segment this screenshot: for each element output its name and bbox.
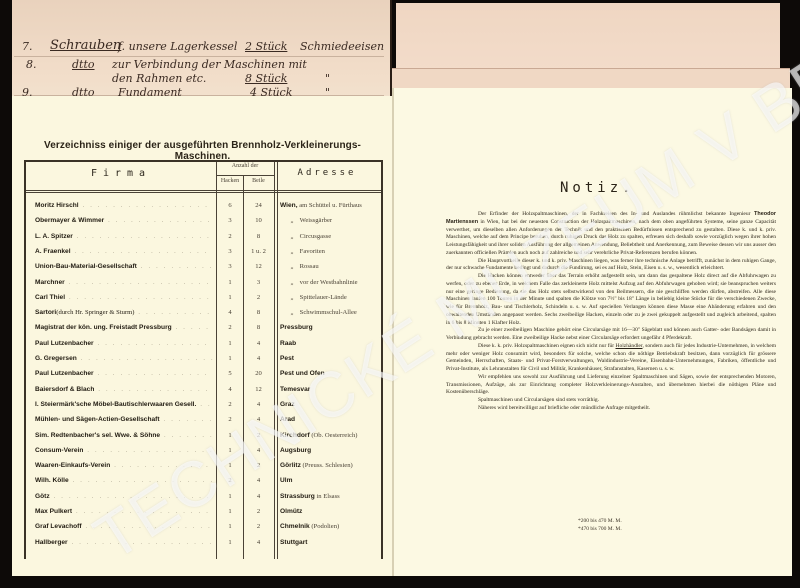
folded-sheet-back [396,3,780,73]
hacken-count: 2 [217,324,243,331]
dot-leader: . . . . . . . . . . . . . . . . . . . . … [137,263,213,270]
hacken-count: 3 [217,248,243,255]
firma-cell: Magistrat der kön. ung. Freistadt Pressb… [35,324,213,331]
underlined-term: Holzhändler [616,343,643,349]
hacken-count: 1 [217,447,243,454]
ledger-note: " [325,72,330,85]
firma-cell: Hallberger . . . . . . . . . . . . . . .… [35,539,213,546]
address-city: Graz [280,401,295,408]
paragraph-text: Diese k. k. priv. Holzspaltmaschinen eig… [478,343,616,349]
address-city: Raab [280,340,296,347]
table-row: Obermayer & Wimmer . . . . . . . . . . .… [26,217,381,230]
dot-leader: . . . . . . . . . . . . . . . . . . . . … [160,416,213,423]
beile-count: 4 [244,340,273,347]
address-detail: (Ob. Oesterreich) [311,432,357,439]
firma-name: Obermayer & Wimmer [35,217,104,224]
address-cell: Pest [280,355,380,362]
hacken-count: 5 [217,370,243,377]
ledger-qty: 2 Stück [245,40,287,53]
address-cell: „ Schwimmschul-Allee [280,309,380,316]
dot-leader: . . . . . . . . . . . . . . . . . . . . … [69,477,213,484]
hacken-count: 2 [217,401,243,408]
address-cell: Chmelnik (Podolien) [280,523,380,530]
ledger-desc: den Rahmen etc. [112,72,206,85]
ledger-desc: zur Verbindung der Maschinen mit [112,58,307,71]
header-adresse: Adresse [275,168,379,178]
beile-count: 2 [244,508,273,515]
address-cell: „ Favoriten [280,248,380,255]
ledger-qty: 8 Stück [245,72,287,85]
address-cell: Görlitz (Preuss. Schlesien) [280,462,380,469]
address-cell: „ Rossau [280,263,380,270]
ditto-mark: „ [286,294,298,301]
notiz-title: Notiz. [560,180,635,196]
firma-cell: Mühlen- und Sägen-Actien-Gesellschaft . … [35,416,213,423]
notiz-paragraph: Wir empfehlen uns sowohl zur Ausführung … [446,374,776,397]
firma-name: Sim. Redtenbacher's sel. Wwe. & Söhne [35,432,160,439]
firma-name: Waaren-Einkaufs-Verein [35,462,110,469]
address-city: Strassburg [280,493,315,500]
firma-name: Paul Lutzenbacher [35,370,94,377]
address-cell: Stuttgart [280,539,380,546]
table-row: A. Fraenkel . . . . . . . . . . . . . . … [26,248,381,261]
address-city: Augsburg [280,447,311,454]
address-cell: Strassburg in Elsass [280,493,380,500]
firma-cell: Graf Levachoff . . . . . . . . . . . . .… [35,523,213,530]
address-city: Wien, [280,202,298,209]
firma-cell: A. Fraenkel . . . . . . . . . . . . . . … [35,248,213,255]
address-detail: Schwimmschul-Allee [300,309,357,316]
dot-leader: . . . . . . . . . . . . . . . . . . . . … [160,432,213,439]
address-detail: in Elsass [316,493,339,500]
hacken-count: 1 [217,340,243,347]
notiz-paragraph: Die Hacken können entweder über das Terr… [446,273,776,327]
anzahl-divider [216,175,274,176]
hacken-count: 2 [217,477,243,484]
address-city: Pest [280,355,294,362]
table-row: Union-Bau-Material-Gesellschaft . . . . … [26,263,381,276]
hacken-count: 3 [217,263,243,270]
dot-leader: . . . . . . . . . . . . . . . . . . . . … [94,386,213,393]
beile-count: 2 [244,462,273,469]
address-cell: Arad [280,416,380,423]
address-city: Pest und Ofen [280,370,325,377]
ledger-desc: f. unsere Lagerkessel [118,40,237,53]
ditto-mark: „ [286,309,298,316]
hacken-count: 1 [217,523,243,530]
firma-cell: Götz . . . . . . . . . . . . . . . . . .… [35,493,213,500]
beile-count: 2 [244,523,273,530]
paragraph-text: Spaltmaschinen und Circularsägen sind st… [478,397,599,403]
dot-leader: . . . . . . . . . . . . . . . . . . . . … [94,340,213,347]
beile-count: 24 [244,202,273,209]
paragraph-text: Die Hacken können entweder über das Terr… [446,273,776,326]
table-row: Moritz Hirschl . . . . . . . . . . . . .… [26,202,381,215]
address-cell: Wien, am Schüttel u. Fürthaus [280,202,380,209]
address-detail: Spittelauer-Lände [300,294,347,301]
table-row: Wilh. Kölle . . . . . . . . . . . . . . … [26,477,381,490]
firma-name: Carl Thiel [35,294,65,301]
dot-leader: . . . . . . . . . . . . . . . . . . . . … [83,447,213,454]
notiz-paragraph: Diese k. k. priv. Holzspaltmaschinen eig… [446,343,776,374]
dot-leader: . . . . . . . . . . . . . . . . . . . . … [94,370,213,377]
firma-name: Marchner [35,279,65,286]
firma-name: Götz [35,493,50,500]
ledger-line-no: 8. [26,58,37,71]
dot-leader: . . . . . . . . . . . . . . . . . . . . … [77,355,213,362]
address-cell: Augsburg [280,447,380,454]
ditto-mark: „ [286,279,298,286]
hacken-count: 1 [217,539,243,546]
address-cell: Olmütz [280,508,380,515]
firma-cell: Sim. Redtenbacher's sel. Wwe. & Söhne . … [35,432,213,439]
table-row: Paul Lutzenbacher . . . . . . . . . . . … [26,370,381,383]
firma-cell: Max Pulkert . . . . . . . . . . . . . . … [35,508,213,515]
table-row: Sim. Redtenbacher's sel. Wwe. & Söhne . … [26,432,381,445]
address-city: Kirchdorf [280,432,310,439]
table-row: L. A. Spitzer . . . . . . . . . . . . . … [26,233,381,246]
header-firma: Firma [26,168,216,179]
address-detail: Circusgasse [300,233,332,240]
page-fold [392,88,394,576]
dot-leader: . . . . . . . . . . . . . . . . . . . . … [79,202,213,209]
notiz-paragraph: Spaltmaschinen und Circularsägen sind st… [446,397,776,405]
notiz-paragraph: Näheres wird bereitwilligst auf brieflic… [446,405,776,413]
table-row: Waaren-Einkaufs-Verein . . . . . . . . .… [26,462,381,475]
firma-cell: Union-Bau-Material-Gesellschaft . . . . … [35,263,213,270]
notiz-body: Der Erfinder der Holzspaltmaschinen, der… [446,211,776,413]
hacken-count: 1 [217,355,243,362]
firma-cell: L. A. Spitzer . . . . . . . . . . . . . … [35,233,213,240]
dot-leader: . . . . . . . . . . . . . . . . . . . . … [71,248,213,255]
ledger-rule [14,56,384,57]
address-city: Olmütz [280,508,302,515]
firma-cell: Marchner . . . . . . . . . . . . . . . .… [35,279,213,286]
beile-count: 12 [244,386,273,393]
ledger-item: Schrauben [50,38,121,53]
address-cell: Raab [280,340,380,347]
beile-count: 4 [244,355,273,362]
firma-cell: Consum-Verein . . . . . . . . . . . . . … [35,447,213,454]
dot-leader: . . . . . . . . . . . . . . . . . . . . … [134,309,213,316]
table-row: Graf Levachoff . . . . . . . . . . . . .… [26,523,381,536]
table-row: Sartori(durch Hr. Springer & Sturm) . . … [26,309,381,322]
address-city: Görlitz [280,462,301,469]
machine-list-table: Firma Anzahl der Hacken Beile Adresse Mo… [24,160,383,559]
dot-leader: . . . . . . . . . . . . . . . . . . . . … [82,523,213,530]
dot-leader: . . . . . . . . . . . . . . . . . . . . … [73,233,213,240]
firma-cell: Baiersdorf & Blach . . . . . . . . . . .… [35,386,213,393]
dot-leader: . . . . . . . . . . . . . . . . . . . . … [68,539,213,546]
table-row: Consum-Verein . . . . . . . . . . . . . … [26,447,381,460]
table-row: Marchner . . . . . . . . . . . . . . . .… [26,279,381,292]
address-detail: Rossau [300,263,319,270]
beile-count: 4 [244,539,273,546]
ledger-note: Schmiedeeisen [300,40,384,53]
beile-count: 8 [244,324,273,331]
table-row: Mühlen- und Sägen-Actien-Gesellschaft . … [26,416,381,429]
paragraph-text: in Wien, hat bei der neuesten Constructi… [446,219,776,256]
beile-count: 20 [244,370,273,377]
beile-count: 4 [244,447,273,454]
address-cell: „ Spittelauer-Lände [280,294,380,301]
dot-leader: . . . . . . . . . . . . . . . . . . . . … [104,217,213,224]
hacken-count: 1 [217,294,243,301]
hacken-count: 4 [217,386,243,393]
table-row: Hallberger . . . . . . . . . . . . . . .… [26,539,381,552]
beile-count: 2 [244,432,273,439]
hacken-count: 1 [217,432,243,439]
hacken-count: 1 [217,508,243,515]
dot-leader: . . . . . . . . . . . . . . . . . . . . … [65,279,213,286]
ditto-mark: „ [286,248,298,255]
firma-cell: Sartori(durch Hr. Springer & Sturm) . . … [35,309,213,316]
address-city: Stuttgart [280,539,307,546]
paragraph-text: Die Hauptvortheile dieser k. und k. priv… [446,258,776,272]
address-detail: Favoriten [300,248,325,255]
address-detail: (Preuss. Schlesien) [303,462,353,469]
footnote: *470 bis 700 M. M. [578,526,698,532]
beile-count: 8 [244,233,273,240]
header-hacken: Hacken [217,178,243,184]
firma-name: I. Steiermärk'sche Möbel-Bautischlerwaar… [35,401,196,408]
firma-name: A. Fraenkel [35,248,71,255]
footnote: *200 bis 470 M. M. [578,518,698,524]
header-divider [26,190,381,191]
header-divider [26,192,381,193]
hacken-count: 4 [217,309,243,316]
address-cell: Pressburg [280,324,380,331]
address-cell: „ Weissgärber [280,217,380,224]
beile-count: 2 [244,294,273,301]
dot-leader: . . . . . . . . . . . . . . . . . . . . … [172,324,213,331]
address-city: Pressburg [280,324,313,331]
address-cell: Kirchdorf (Ob. Oesterreich) [280,432,380,439]
address-cell: Ulm [280,477,380,484]
beile-count: 1 u. 2 [244,248,273,255]
paragraph-text: Zu je einer zweibeiligen Maschine gehört… [446,327,776,341]
firma-cell: Obermayer & Wimmer . . . . . . . . . . .… [35,217,213,224]
firma-name: Max Pulkert [35,508,72,515]
paragraph-text: Wir empfehlen uns sowohl zur Ausführung … [446,374,776,396]
firma-name: Baiersdorf & Blach [35,386,94,393]
firma-cell: Carl Thiel . . . . . . . . . . . . . . .… [35,294,213,301]
address-cell: „ vor der Westbahnlinie [280,279,380,286]
firma-name: Magistrat der kön. ung. Freistadt Pressb… [35,324,172,331]
address-cell: Graz [280,401,380,408]
firma-name: L. A. Spitzer [35,233,73,240]
beile-count: 4 [244,416,273,423]
firma-name: Paul Lutzenbacher [35,340,94,347]
address-detail: (Podolien) [311,523,339,530]
dot-leader: . . . . . . . . . . . . . . . . . . . . … [65,294,213,301]
dot-leader: . . . . . . . . . . . . . . . . . . . . … [50,493,213,500]
address-detail: vor der Westbahnlinie [300,279,358,286]
address-city: Chmelnik [280,523,310,530]
table-row: Götz . . . . . . . . . . . . . . . . . .… [26,493,381,506]
dot-leader: . . . . . . . . . . . . . . . . . . . . … [110,462,213,469]
firma-cell: Moritz Hirschl . . . . . . . . . . . . .… [35,202,213,209]
table-row: Max Pulkert . . . . . . . . . . . . . . … [26,508,381,521]
hacken-count: 1 [217,493,243,500]
table-row: G. Gregersen . . . . . . . . . . . . . .… [26,355,381,368]
dot-leader: . . . . . . . . . . . . . . . . . . . . … [196,401,213,408]
address-city: Ulm [280,477,292,484]
firma-name: Moritz Hirschl [35,202,79,209]
hacken-count: 6 [217,202,243,209]
hacken-count: 1 [217,462,243,469]
ditto-mark: „ [286,233,298,240]
ledger-item: dtto [72,58,95,71]
firma-cell: I. Steiermärk'sche Möbel-Bautischlerwaar… [35,401,213,408]
notiz-paragraph: Die Hauptvortheile dieser k. und k. priv… [446,258,776,274]
table-row: Carl Thiel . . . . . . . . . . . . . . .… [26,294,381,307]
address-detail: Weissgärber [300,217,332,224]
ditto-mark: „ [286,263,298,270]
hacken-count: 2 [217,233,243,240]
table-row: Paul Lutzenbacher . . . . . . . . . . . … [26,340,381,353]
hacken-count: 2 [217,416,243,423]
address-cell: Pest und Ofen [280,370,380,377]
firma-name: Hallberger [35,539,68,546]
firma-cell: Paul Lutzenbacher . . . . . . . . . . . … [35,340,213,347]
firma-name: Wilh. Kölle [35,477,69,484]
table-row: Baiersdorf & Blach . . . . . . . . . . .… [26,386,381,399]
hacken-count: 1 [217,279,243,286]
beile-count: 12 [244,263,273,270]
address-city: Arad [280,416,295,423]
firma-cell: Wilh. Kölle . . . . . . . . . . . . . . … [35,477,213,484]
ditto-mark: „ [286,217,298,224]
header-beile: Beile [244,178,273,184]
beile-count: 8 [244,309,273,316]
handwritten-ledger-sheet [12,0,392,110]
dot-leader: . . . . . . . . . . . . . . . . . . . . … [72,508,213,515]
firma-cell: Waaren-Einkaufs-Verein . . . . . . . . .… [35,462,213,469]
table-row: Magistrat der kön. ung. Freistadt Pressb… [26,324,381,337]
header-anzahl: Anzahl der [217,163,273,169]
firma-name: Graf Levachoff [35,523,82,530]
firma-name: G. Gregersen [35,355,77,362]
notiz-paragraph: Zu je einer zweibeiligen Maschine gehört… [446,327,776,343]
paragraph-text: Näheres wird bereitwilligst auf brieflic… [478,405,650,411]
notiz-paragraph: Der Erfinder der Holzspaltmaschinen, der… [446,211,776,258]
beile-count: 10 [244,217,273,224]
firma-cell: Paul Lutzenbacher . . . . . . . . . . . … [35,370,213,377]
beile-count: 4 [244,401,273,408]
paragraph-text: Der Erfinder der Holzspaltmaschinen, der… [478,211,754,217]
firma-name: Mühlen- und Sägen-Actien-Gesellschaft [35,416,160,423]
hacken-count: 3 [217,217,243,224]
beile-count: 3 [244,279,273,286]
beile-count: 4 [244,477,273,484]
firma-name: Sartori [35,309,56,316]
address-cell: Temesvar [280,386,380,393]
table-row: I. Steiermärk'sche Möbel-Bautischlerwaar… [26,401,381,414]
address-cell: „ Circusgasse [280,233,380,240]
beile-count: 4 [244,493,273,500]
firma-name: Consum-Verein [35,447,83,454]
address-city: Temesvar [280,386,310,393]
firma-note: (durch Hr. Springer & Sturm) [56,309,134,316]
firma-name: Union-Bau-Material-Gesellschaft [35,263,137,270]
table-title: Verzeichniss einiger der ausgeführten Br… [30,140,375,162]
address-detail: am Schüttel u. Fürthaus [299,202,362,209]
ledger-line-no: 7. [22,40,33,53]
firma-cell: G. Gregersen . . . . . . . . . . . . . .… [35,355,213,362]
